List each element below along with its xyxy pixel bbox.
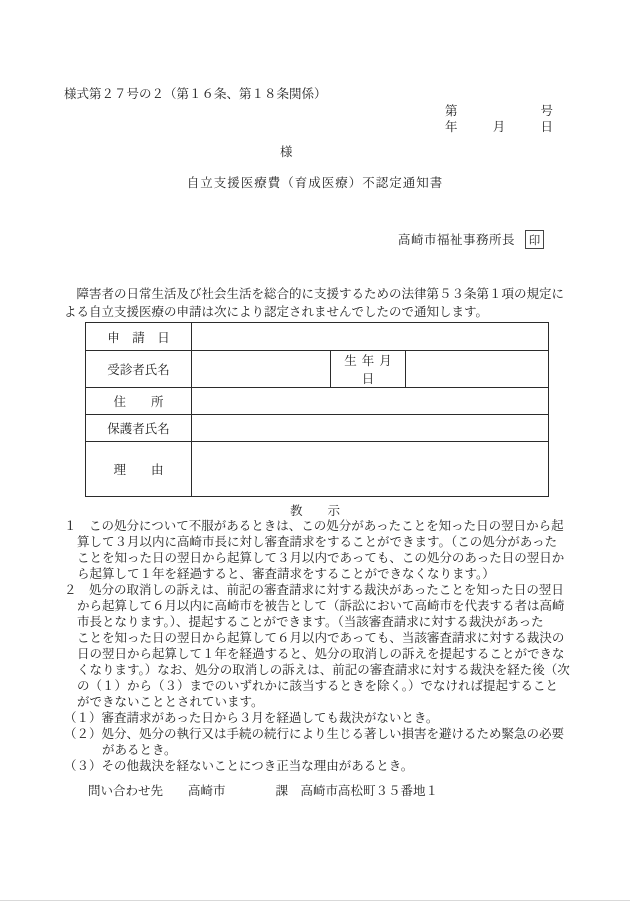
date-month-label: 月 (493, 117, 506, 135)
notification-document-page: 様式第２７号の２（第１６条、第１８条関係） 第 号 年 月 日 様 自立支援医療… (0, 0, 630, 903)
instruction-line: （３）その他裁決を経ないことにつき正当な理由があるとき。 (64, 758, 570, 774)
table-row-application-date: 申 請 日 (86, 323, 549, 351)
reason-label: 理 由 (86, 442, 192, 497)
instruction-line: １ この処分について不服があるときは、この処分があったことを知った日の翌日から起 (64, 518, 570, 534)
patient-name-label: 受診者氏名 (86, 351, 192, 388)
address-value (192, 388, 549, 415)
patient-name-value (192, 351, 331, 388)
reason-value (192, 442, 549, 497)
issuer-name: 高崎市福祉事務所長 (398, 230, 515, 248)
form-number: 様式第２７号の２（第１６条、第１８条関係） (64, 84, 327, 102)
instruction-line: 算して３月以内に高崎市長に対し審査請求をすることができます。（この処分があった (64, 534, 570, 550)
instructions-heading: 教 示 (0, 501, 630, 519)
inquiry-contact-line: 問い合わせ先 高崎市 課 高崎市高松町３５番地１ (88, 781, 438, 799)
date-year-label: 年 (445, 117, 458, 135)
issuer-line: 高崎市福祉事務所長 印 (398, 230, 544, 249)
addressee-honorific: 様 (280, 142, 293, 160)
instruction-line: があるとき。 (64, 742, 570, 758)
application-date-value (192, 323, 549, 351)
instruction-line: ことを知った日の翌日から起算して３月以内であっても、この処分のあった日の翌日か (64, 550, 570, 566)
address-label: 住 所 (86, 388, 192, 415)
instruction-line: 日の翌日から起算して１年を経過すると、処分の取消しの訴えを提起することができな (64, 646, 570, 662)
instruction-line: ２ 処分の取消しの訴えは、前記の審査請求に対する裁決があったことを知った日の翌日 (64, 582, 570, 598)
birth-date-value (406, 351, 549, 388)
guardian-name-label: 保護者氏名 (86, 415, 192, 442)
guardian-name-value (192, 415, 549, 442)
instruction-line: （２）処分、処分の執行又は手続の続行により生じる著しい損害を避けるため緊急の必要 (64, 726, 570, 742)
body-line: よる自立支援医療の申請は次により認定されませんでしたので通知します。 (64, 303, 564, 321)
instruction-line: の（１）から（３）までのいずれかに該当するときを除く。）でなければ提起すること (64, 678, 570, 694)
table-row-reason: 理 由 (86, 442, 549, 497)
table-row-address: 住 所 (86, 388, 549, 415)
body-line: 障害者の日常生活及び社会生活を総合的に支援するための法律第５３条第１項の規定に (64, 285, 564, 303)
applicant-info-table: 申 請 日 受診者氏名 生年月日 住 所 保護者氏名 理 由 (85, 322, 549, 497)
instructions-list: １ この処分について不服があるときは、この処分があったことを知った日の翌日から起… (64, 518, 570, 774)
page-edge-divider (0, 900, 630, 901)
table-row-patient: 受診者氏名 生年月日 (86, 351, 549, 388)
instruction-line: から起算して６月以内に高崎市を被告として（訴訟において高崎市を代表する者は高崎 (64, 598, 570, 614)
notification-body: 障害者の日常生活及び社会生活を総合的に支援するための法律第５３条第１項の規定に … (64, 285, 564, 321)
seal-box: 印 (525, 230, 544, 249)
instruction-line: ら起算して１年を経過すると、審査請求をすることができなくなります。） (64, 566, 570, 582)
date-line: 年 月 日 (445, 117, 553, 135)
table-row-guardian: 保護者氏名 (86, 415, 549, 442)
document-title: 自立支援医療費（育成医療）不認定通知書 (0, 173, 630, 191)
instruction-line: ことを知った日の翌日から起算して６月以内であっても、当該審査請求に対する裁決の (64, 630, 570, 646)
birth-date-label: 生年月日 (331, 351, 406, 388)
application-date-label: 申 請 日 (86, 323, 192, 351)
instruction-line: （１）審査請求があった日から３月を経過しても裁決がないとき。 (64, 710, 570, 726)
instruction-line: 市長となります。）、提起することができます。（当該審査請求に対する裁決があった (64, 614, 570, 630)
instruction-line: ができないこととされています。 (64, 694, 570, 710)
instruction-line: くなります。）なお、処分の取消しの訴えは、前記の審査請求に対する裁決を経た後（次 (64, 662, 570, 678)
date-day-label: 日 (540, 117, 553, 135)
